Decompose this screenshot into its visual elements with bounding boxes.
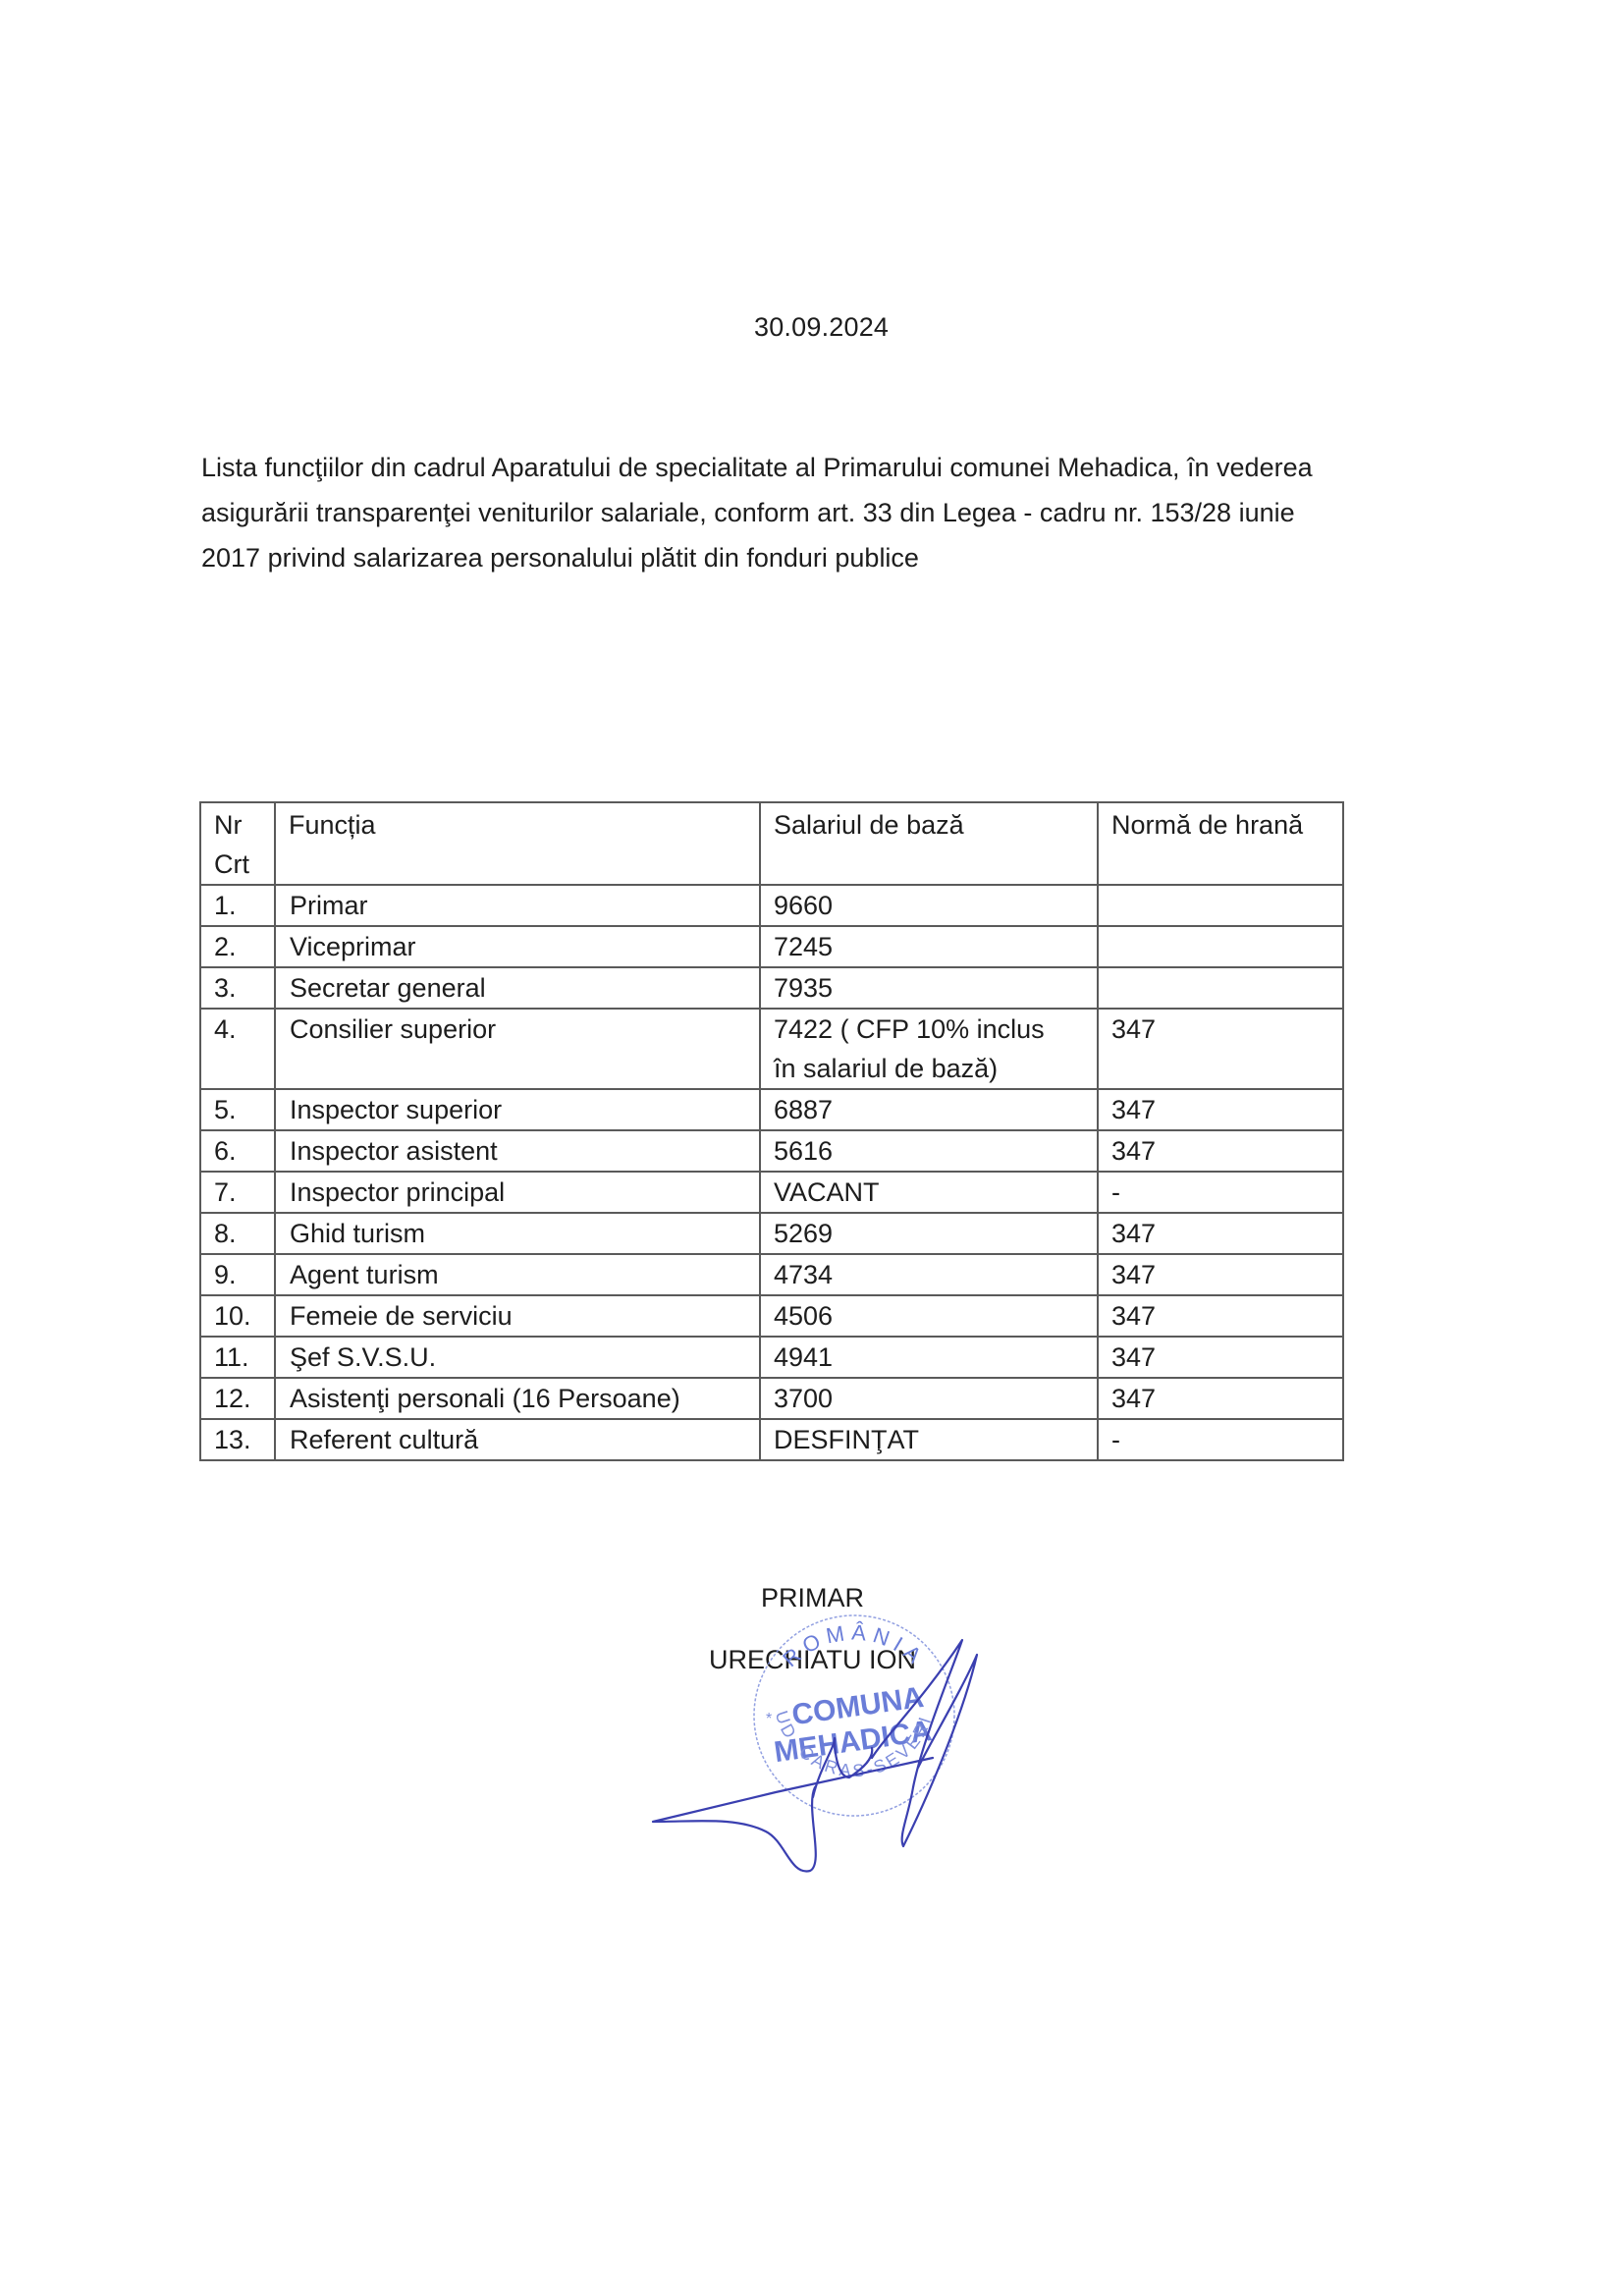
svg-text:JUD. CARAS-SEVERIN: JUD. CARAS-SEVERIN [736, 1596, 936, 1780]
official-stamp: ROMÂNIA COMUNA MEHADICA JUD. CARAS-SEVER… [736, 1596, 972, 1831]
signatory-title: PRIMAR [761, 1583, 864, 1613]
table-row: 9.Agent turism4734347 [200, 1254, 1343, 1295]
cell-base-salary: 3700 [760, 1378, 1098, 1419]
cell-base-salary: DESFINŢAT [760, 1419, 1098, 1460]
cell-function: Inspector superior [275, 1089, 760, 1130]
cell-food-allowance: 347 [1098, 1378, 1343, 1419]
cell-nr: 11. [200, 1337, 275, 1378]
cell-nr: 9. [200, 1254, 275, 1295]
cell-base-salary-line: în salariul de bază) [774, 1049, 1097, 1088]
intro-line: asigurării transparenţei veniturilor sal… [201, 490, 1478, 535]
header-base-salary: Salariul de bază [760, 802, 1098, 885]
table-header-row: Nr Crt Funcția Salariul de bază Normă de… [200, 802, 1343, 885]
cell-function: Ghid turism [275, 1213, 760, 1254]
cell-function: Şef S.V.S.U. [275, 1337, 760, 1378]
cell-food-allowance: 347 [1098, 1089, 1343, 1130]
cell-base-salary-line: 7422 ( CFP 10% inclus [774, 1010, 1097, 1049]
table-row: 12.Asistenţi personali (16 Persoane)3700… [200, 1378, 1343, 1419]
intro-paragraph: Lista funcţiilor din cadrul Aparatului d… [201, 445, 1478, 580]
cell-nr: 10. [200, 1295, 275, 1337]
table-row: 10.Femeie de serviciu4506347 [200, 1295, 1343, 1337]
cell-nr: 8. [200, 1213, 275, 1254]
cell-food-allowance [1098, 926, 1343, 967]
cell-base-salary: 4734 [760, 1254, 1098, 1295]
cell-base-salary: 9660 [760, 885, 1098, 926]
table-row: 1.Primar9660 [200, 885, 1343, 926]
cell-function: Consilier superior [275, 1009, 760, 1089]
cell-food-allowance: 347 [1098, 1295, 1343, 1337]
table-row: 2.Viceprimar7245 [200, 926, 1343, 967]
cell-nr: 13. [200, 1419, 275, 1460]
cell-base-salary: 5269 [760, 1213, 1098, 1254]
cell-nr: 7. [200, 1172, 275, 1213]
cell-base-salary: 5616 [760, 1130, 1098, 1172]
cell-food-allowance: 347 [1098, 1337, 1343, 1378]
cell-function: Inspector principal [275, 1172, 760, 1213]
stamp-center-line1: COMUNA [790, 1681, 926, 1731]
cell-base-salary: 6887 [760, 1089, 1098, 1130]
table-row: 3.Secretar general7935 [200, 967, 1343, 1009]
stamp-center-line2: MEHADICA [772, 1715, 934, 1769]
cell-function: Inspector asistent [275, 1130, 760, 1172]
cell-function: Referent cultură [275, 1419, 760, 1460]
cell-base-salary: VACANT [760, 1172, 1098, 1213]
header-food-allowance: Normă de hrană [1098, 802, 1343, 885]
cell-food-allowance: 347 [1098, 1009, 1343, 1089]
cell-nr: 4. [200, 1009, 275, 1089]
document-date: 30.09.2024 [754, 312, 889, 343]
cell-function: Femeie de serviciu [275, 1295, 760, 1337]
cell-food-allowance: - [1098, 1172, 1343, 1213]
cell-base-salary: 7245 [760, 926, 1098, 967]
cell-function: Viceprimar [275, 926, 760, 967]
intro-line: Lista funcţiilor din cadrul Aparatului d… [201, 445, 1478, 490]
intro-line: 2017 privind salarizarea personalului pl… [201, 535, 1478, 580]
salary-table: Nr Crt Funcția Salariul de bază Normă de… [199, 801, 1344, 1461]
cell-food-allowance: 347 [1098, 1213, 1343, 1254]
cell-function: Asistenţi personali (16 Persoane) [275, 1378, 760, 1419]
header-function: Funcția [275, 802, 760, 885]
table-row: 6.Inspector asistent5616347 [200, 1130, 1343, 1172]
cell-nr: 1. [200, 885, 275, 926]
cell-nr: 3. [200, 967, 275, 1009]
cell-function: Primar [275, 885, 760, 926]
cell-base-salary: 4941 [760, 1337, 1098, 1378]
cell-food-allowance: - [1098, 1419, 1343, 1460]
stamp-bottom-text: JUD. CARAS-SEVERIN [736, 1596, 936, 1780]
cell-function: Agent turism [275, 1254, 760, 1295]
table-row: 13.Referent culturăDESFINŢAT- [200, 1419, 1343, 1460]
cell-base-salary: 7935 [760, 967, 1098, 1009]
table-row: 7.Inspector principalVACANT- [200, 1172, 1343, 1213]
cell-base-salary: 4506 [760, 1295, 1098, 1337]
cell-food-allowance: 347 [1098, 1130, 1343, 1172]
table-row: 4.Consilier superior7422 ( CFP 10% inclu… [200, 1009, 1343, 1089]
cell-function: Secretar general [275, 967, 760, 1009]
header-nr-crt: Nr Crt [200, 802, 275, 885]
cell-food-allowance: 347 [1098, 1254, 1343, 1295]
cell-nr: 12. [200, 1378, 275, 1419]
cell-food-allowance [1098, 885, 1343, 926]
table-row: 8.Ghid turism5269347 [200, 1213, 1343, 1254]
table-row: 5.Inspector superior6887347 [200, 1089, 1343, 1130]
signatory-name: URECHIATU ION [709, 1645, 916, 1675]
cell-food-allowance [1098, 967, 1343, 1009]
cell-base-salary: 7422 ( CFP 10% inclusîn salariul de bază… [760, 1009, 1098, 1089]
cell-nr: 5. [200, 1089, 275, 1130]
table-row: 11.Şef S.V.S.U.4941347 [200, 1337, 1343, 1378]
cell-nr: 6. [200, 1130, 275, 1172]
cell-nr: 2. [200, 926, 275, 967]
svg-text:*: * [766, 1711, 772, 1727]
